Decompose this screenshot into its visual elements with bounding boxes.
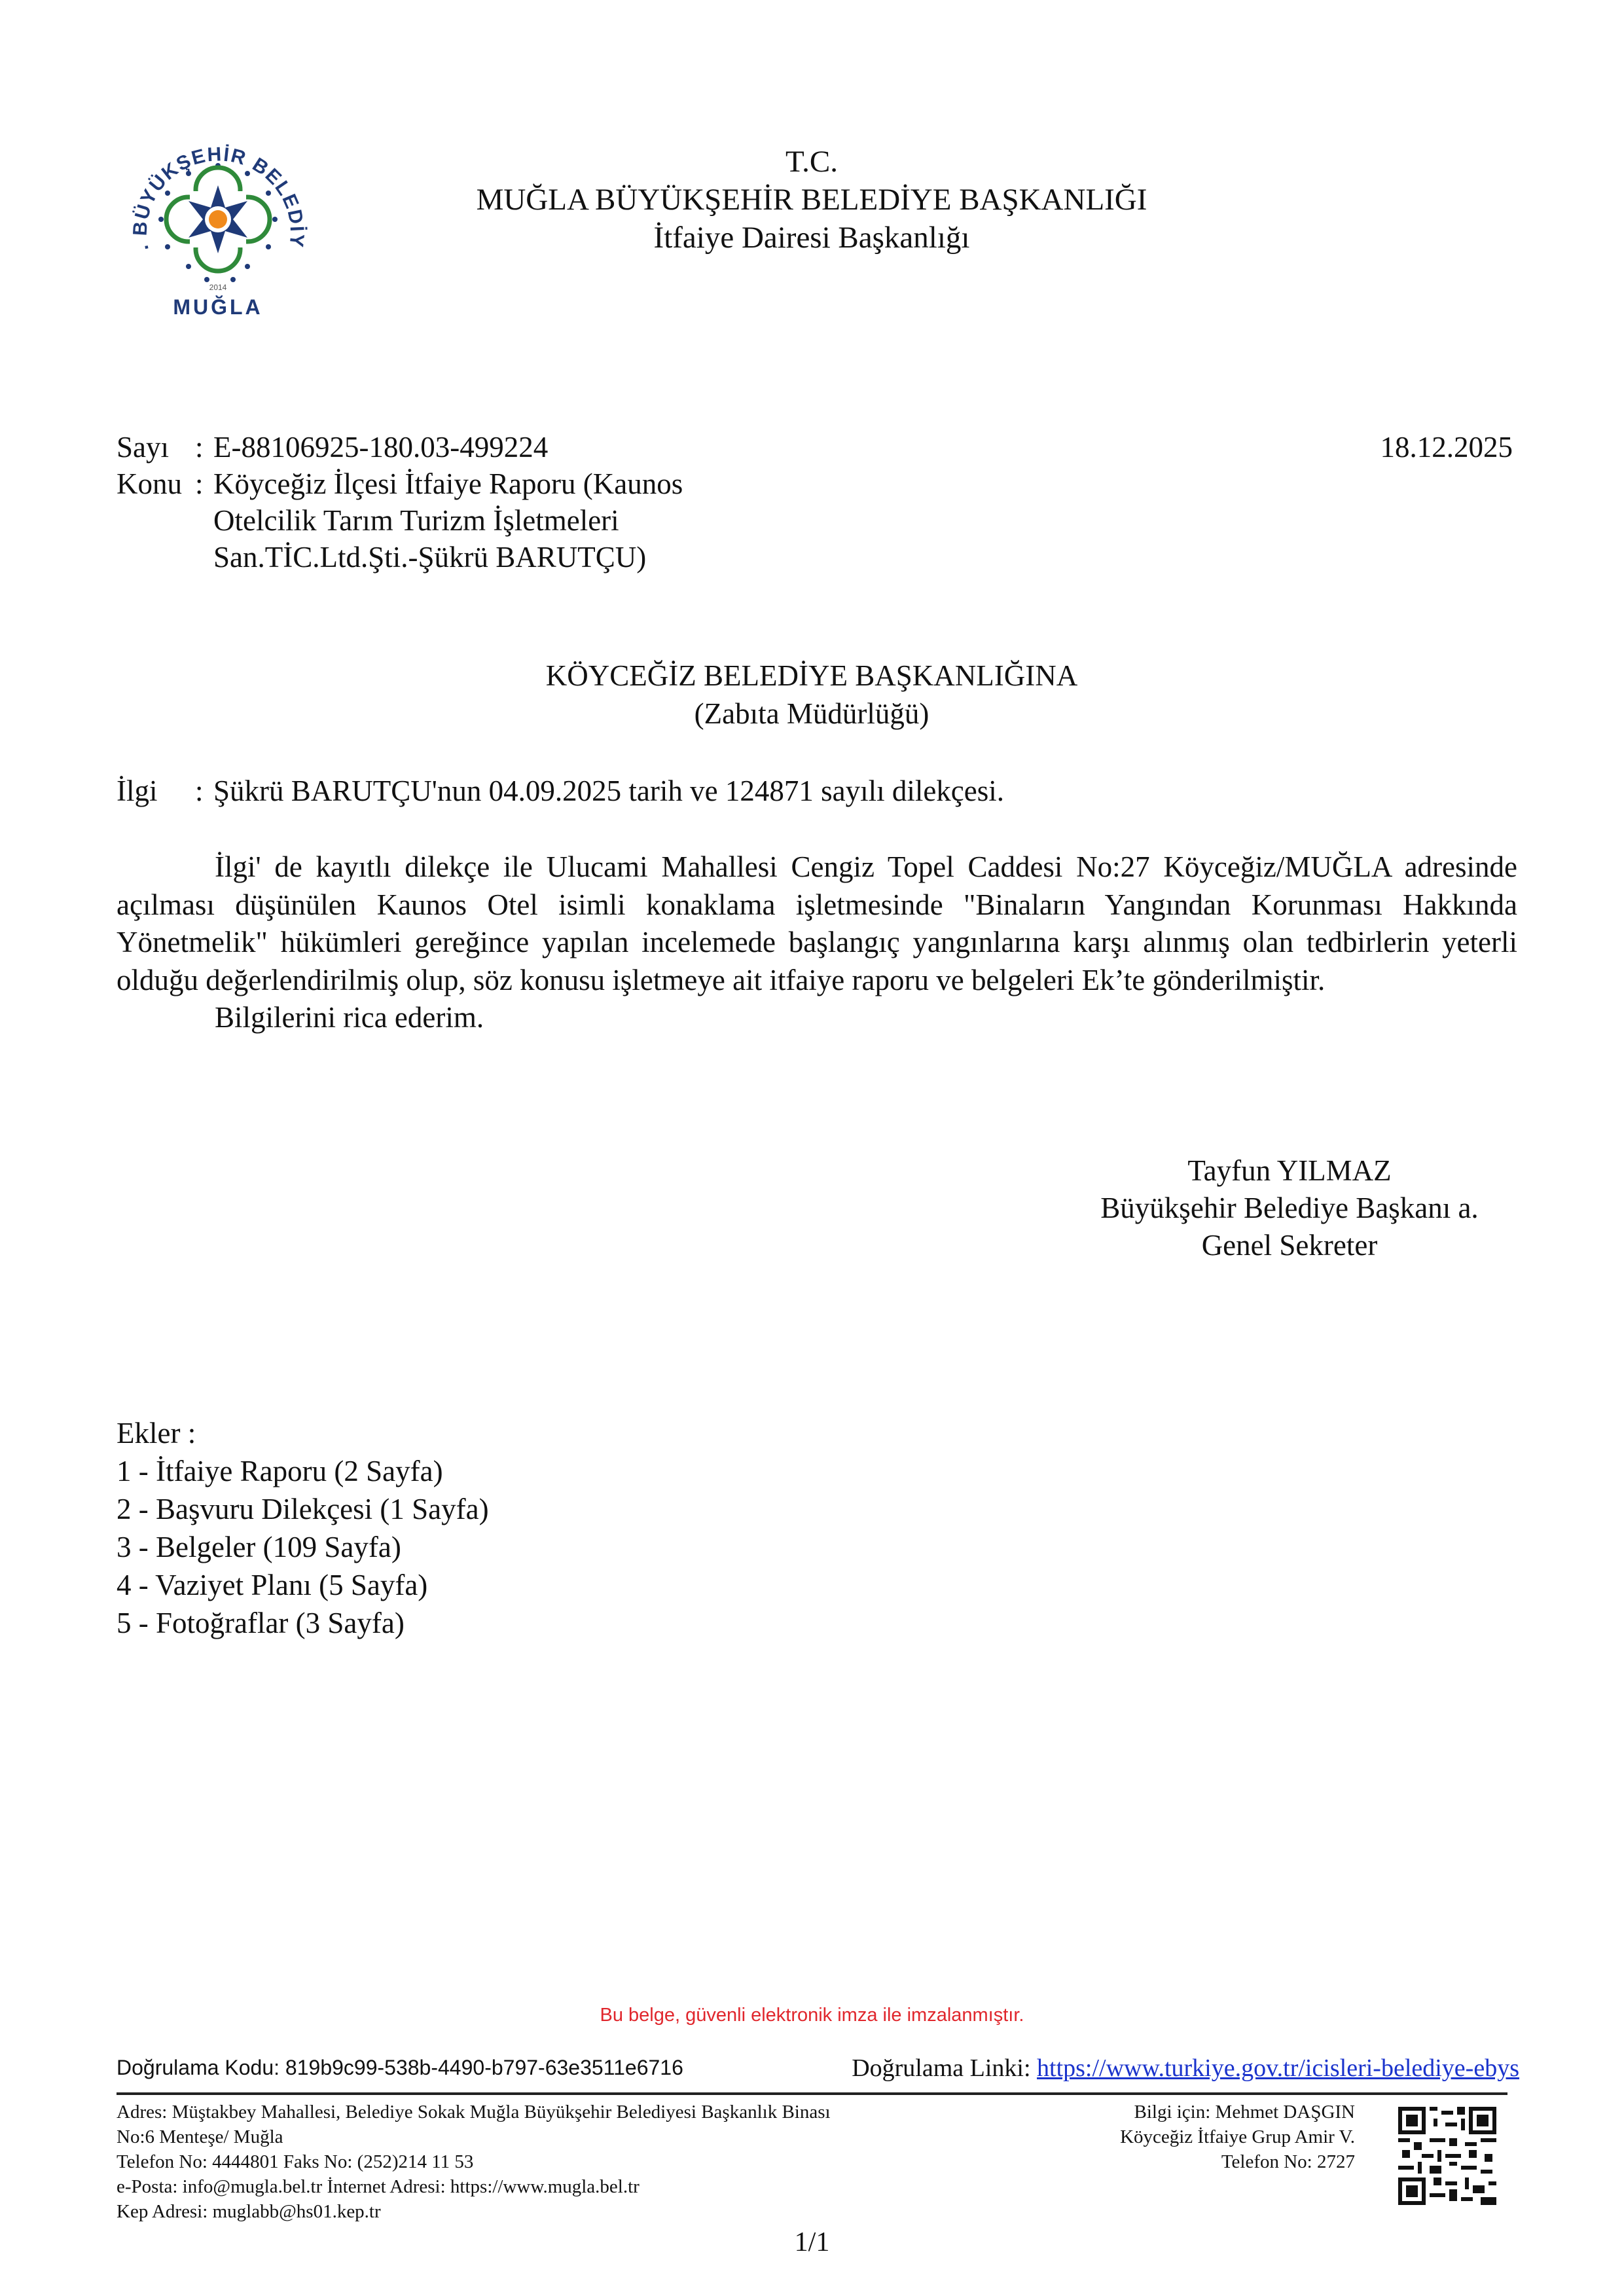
- page-number: 1/1: [0, 2226, 1624, 2259]
- attachment-item: 4 - Vaziyet Planı (5 Sayfa): [117, 1566, 489, 1604]
- sayi-label: Sayı: [117, 429, 195, 465]
- verification-link-label: Doğrulama Linki:: [852, 2054, 1030, 2082]
- addressee: KÖYCEĞİZ BELEDİYE BAŞKANLIĞINA (Zabıta M…: [393, 657, 1231, 733]
- konu-colon: :: [195, 465, 213, 502]
- municipality-seal-icon: T.C. BÜYÜKŞEHİR BELEDİYESİ 2014 MUĞLA: [117, 128, 319, 324]
- contact-title: Köyceğiz İtfaiye Grup Amir V.: [1021, 2124, 1355, 2149]
- document-number: E-88106925-180.03-499224: [213, 429, 548, 465]
- attachments-label: Ekler :: [117, 1414, 489, 1452]
- kep-line: Kep Adresi: muglabb@hs01.kep.tr: [117, 2199, 831, 2224]
- subject-line: Köyceğiz İlçesi İtfaiye Raporu (Kaunos: [213, 465, 683, 502]
- attachment-item: 2 - Başvuru Dilekçesi (1 Sayfa): [117, 1490, 489, 1528]
- addressee-unit: (Zabıta Müdürlüğü): [393, 695, 1231, 733]
- svg-text:MUĞLA: MUĞLA: [173, 295, 262, 319]
- signature-block: Tayfun YILMAZ Büyükşehir Belediye Başkan…: [1047, 1152, 1532, 1264]
- sayi-row: Sayı:E-88106925-180.03-499224: [117, 429, 1517, 465]
- institution-contact: Adres: Müştakbey Mahallesi, Belediye Sok…: [117, 2100, 831, 2224]
- reference-row: İlgi:Şükrü BARUTÇU'nun 04.09.2025 tarih …: [117, 773, 1004, 809]
- sayi-colon: :: [195, 429, 213, 465]
- signatory-name: Tayfun YILMAZ: [1047, 1152, 1532, 1190]
- letter-body: İlgi' de kayıtlı dilekçe ile Ulucami Mah…: [117, 848, 1517, 1037]
- attachments-list: 1 - İtfaiye Raporu (2 Sayfa) 2 - Başvuru…: [117, 1452, 489, 1642]
- signatory-title: Büyükşehir Belediye Başkanı a.: [1047, 1190, 1532, 1227]
- reference-label: İlgi: [117, 773, 195, 809]
- document-date: 18.12.2025: [1380, 429, 1513, 465]
- verification-link-row: Doğrulama Linki: https://www.turkiye.gov…: [852, 2053, 1519, 2083]
- letterhead-department: İtfaiye Dairesi Başkanlığı: [393, 219, 1231, 257]
- attachment-item: 1 - İtfaiye Raporu (2 Sayfa): [117, 1452, 489, 1490]
- address-line: Adres: Müştakbey Mahallesi, Belediye Sok…: [117, 2100, 831, 2124]
- subject: Köyceğiz İlçesi İtfaiye Raporu (Kaunos O…: [213, 465, 683, 575]
- contact-person: Bilgi için: Mehmet DAŞGIN Köyceğiz İtfai…: [1021, 2100, 1355, 2174]
- verification-link[interactable]: https://www.turkiye.gov.tr/icisleri-bele…: [1037, 2054, 1519, 2082]
- verification-code: Doğrulama Kodu: 819b9c99-538b-4490-b797-…: [117, 2054, 683, 2081]
- phone-fax-line: Telefon No: 4444801 Faks No: (252)214 11…: [117, 2149, 831, 2174]
- reference-text: Şükrü BARUTÇU'nun 04.09.2025 tarih ve 12…: [213, 774, 1004, 807]
- svg-text:2014: 2014: [209, 283, 227, 292]
- contact-phone: Telefon No: 2727: [1021, 2149, 1355, 2174]
- konu-label: Konu: [117, 465, 195, 502]
- attachment-item: 5 - Fotoğraflar (3 Sayfa): [117, 1604, 489, 1642]
- reference-colon: :: [195, 773, 213, 809]
- document-meta: Sayı:E-88106925-180.03-499224 Konu: Köyc…: [117, 429, 1517, 575]
- letterhead-institution: MUĞLA BÜYÜKŞEHİR BELEDİYE BAŞKANLIĞI: [393, 181, 1231, 219]
- attachment-item: 3 - Belgeler (109 Sayfa): [117, 1528, 489, 1566]
- addressee-office: KÖYCEĞİZ BELEDİYE BAŞKANLIĞINA: [393, 657, 1231, 695]
- body-paragraph: İlgi' de kayıtlı dilekçe ile Ulucami Mah…: [117, 848, 1517, 999]
- letterhead: T.C. MUĞLA BÜYÜKŞEHİR BELEDİYE BAŞKANLIĞ…: [393, 143, 1231, 257]
- qr-code-icon: [1398, 2107, 1496, 2205]
- email-web-line: e-Posta: info@mugla.bel.tr İnternet Adre…: [117, 2174, 831, 2199]
- address-line: No:6 Menteşe/ Muğla: [117, 2124, 831, 2149]
- contact-name: Bilgi için: Mehmet DAŞGIN: [1021, 2100, 1355, 2124]
- letterhead-country: T.C.: [393, 143, 1231, 181]
- footer-divider: [117, 2092, 1507, 2095]
- closing-paragraph: Bilgilerini rica ederim.: [117, 999, 1517, 1037]
- signatory-position: Genel Sekreter: [1047, 1227, 1532, 1264]
- subject-line: San.TİC.Ltd.Şti.-Şükrü BARUTÇU): [213, 539, 683, 575]
- attachments: Ekler : 1 - İtfaiye Raporu (2 Sayfa) 2 -…: [117, 1414, 489, 1642]
- konu-row: Konu: Köyceğiz İlçesi İtfaiye Raporu (Ka…: [117, 465, 1517, 575]
- subject-line: Otelcilik Tarım Turizm İşletmeleri: [213, 502, 683, 539]
- e-signature-notice: Bu belge, güvenli elektronik imza ile im…: [0, 2003, 1624, 2027]
